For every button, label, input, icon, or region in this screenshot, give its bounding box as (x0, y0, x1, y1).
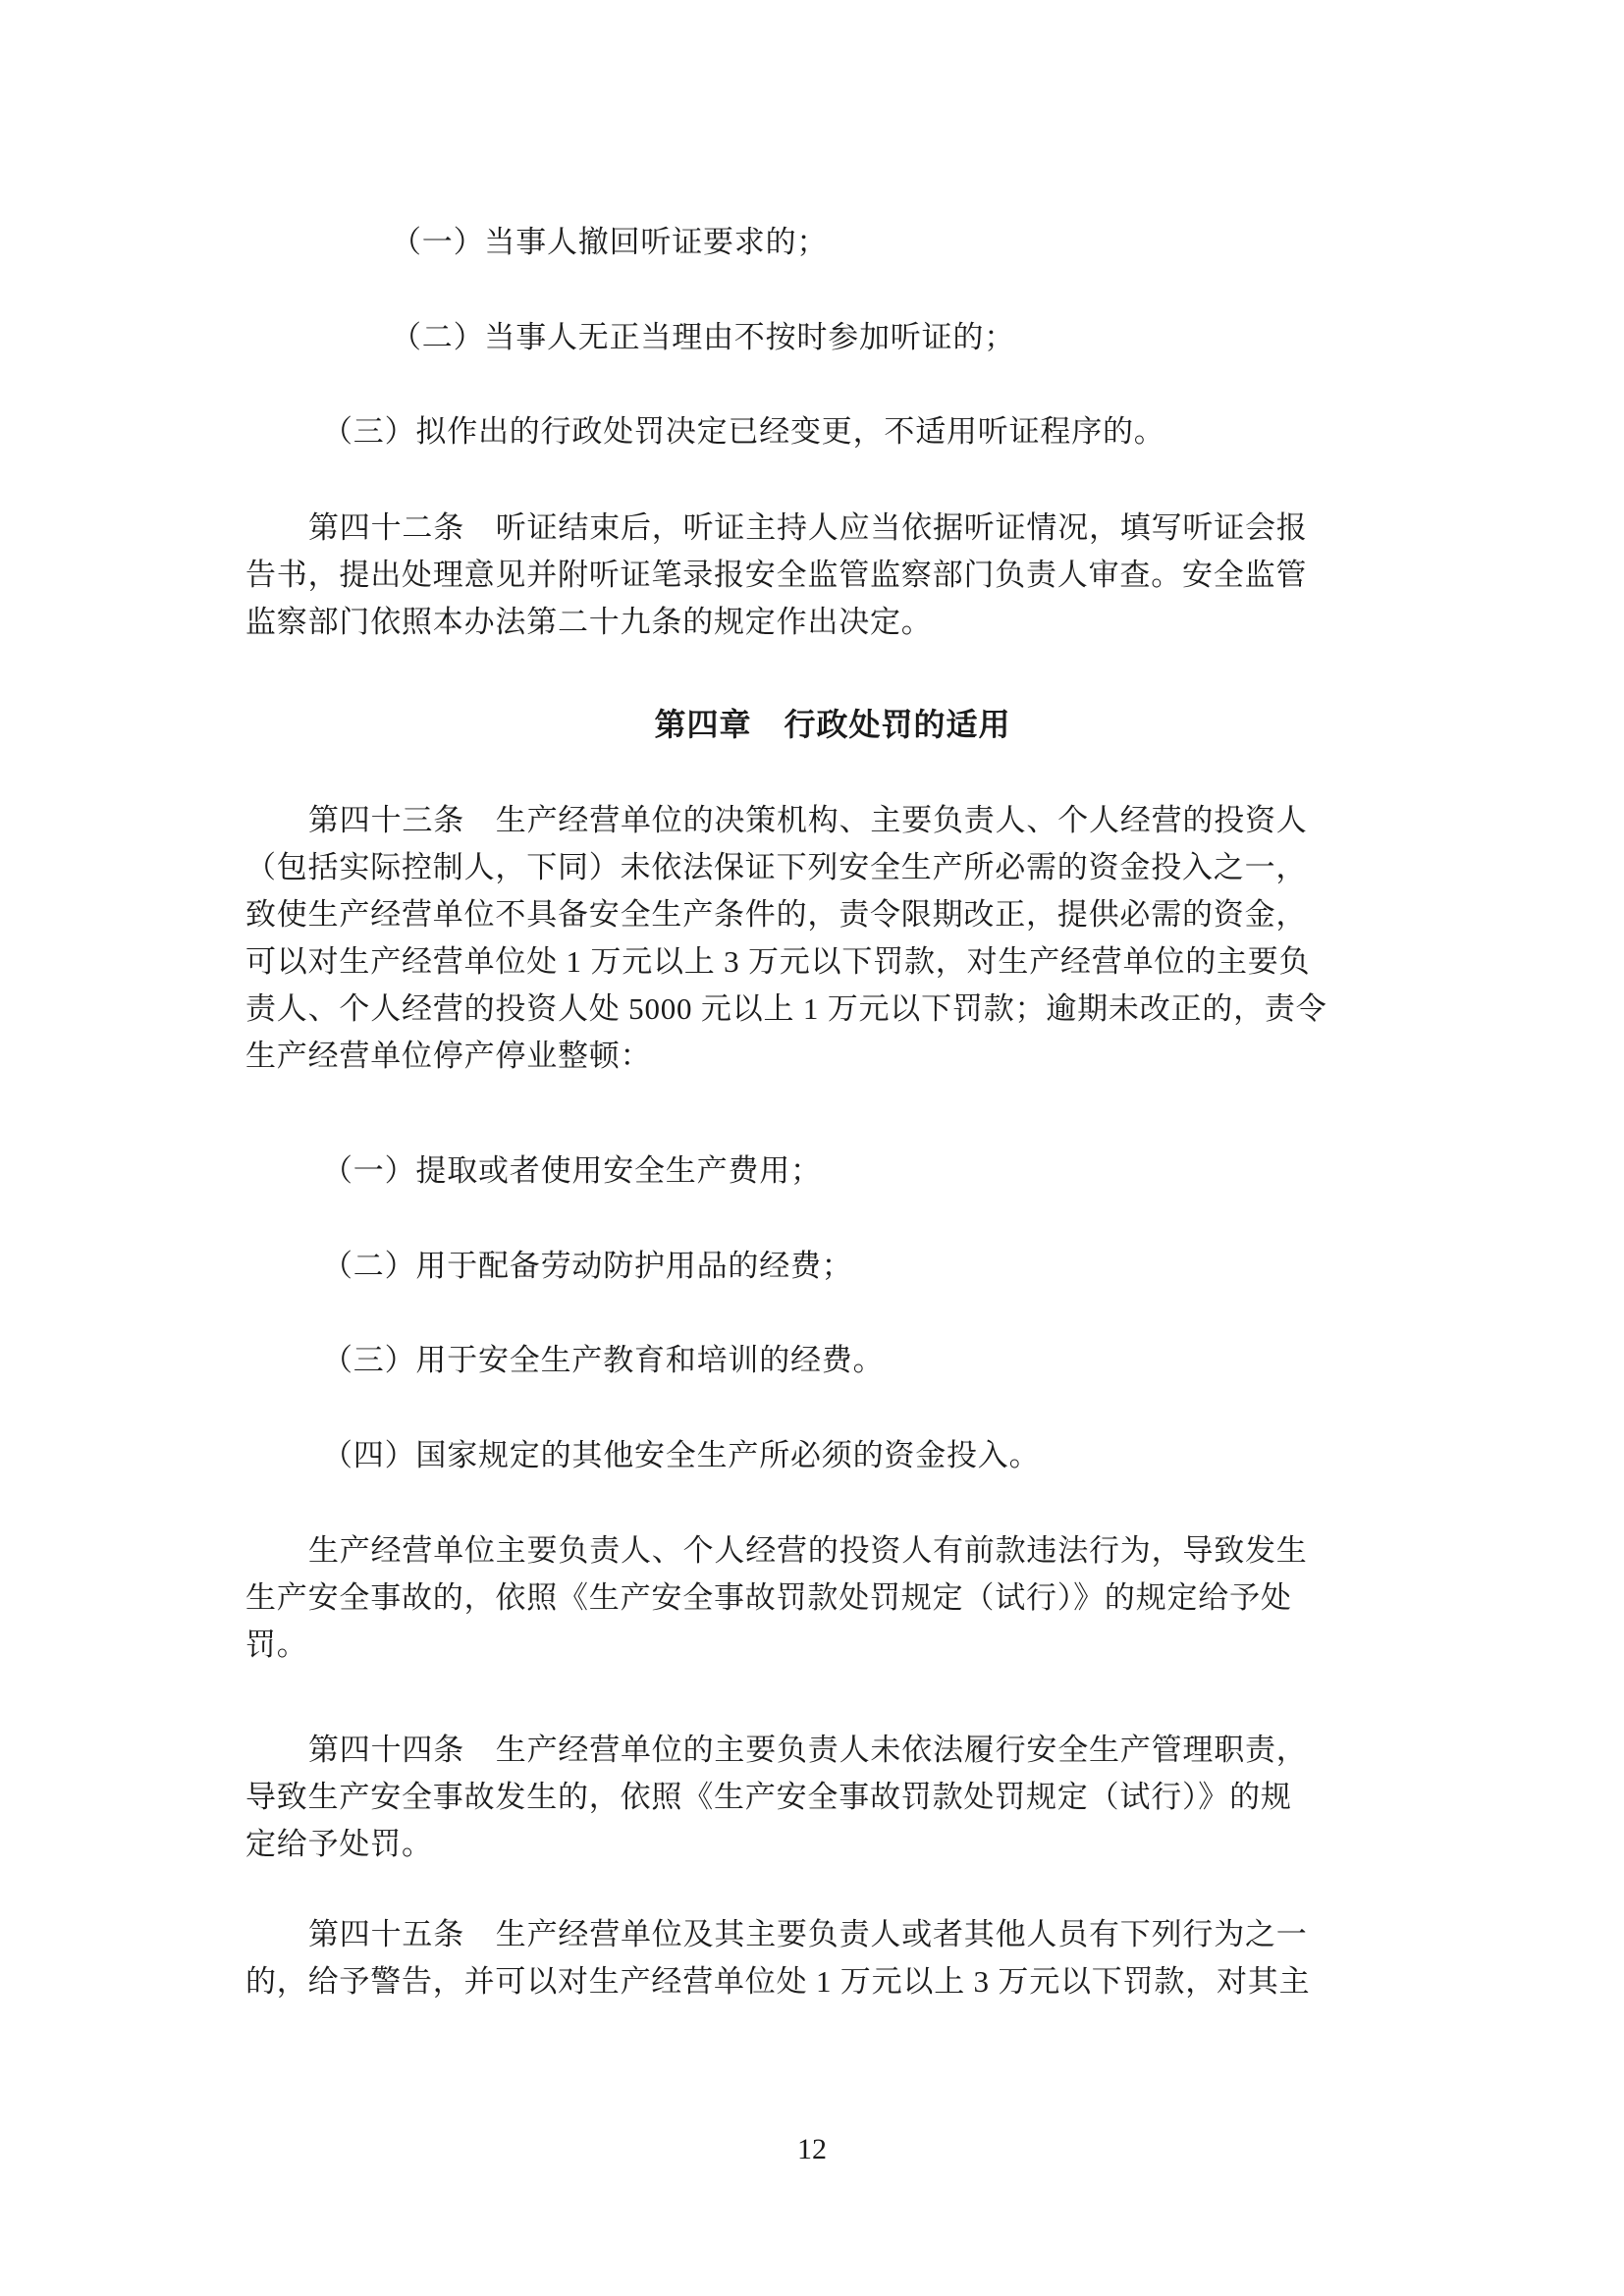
text-line: （四）国家规定的其他安全生产所必须的资金投入。 (245, 1432, 1379, 1479)
text-line: 责人、个人经营的投资人处 5000 元以上 1 万元以下罚款；逾期未改正的，责令 (245, 986, 1379, 1033)
paragraph-article-44: 第四十四条 生产经营单位的主要负责人未依法履行安全生产管理职责， 导致生产安全事… (245, 1727, 1379, 1868)
text-line: （三）拟作出的行政处罚决定已经变更，不适用听证程序的。 (245, 408, 1379, 455)
text-line: 生产安全事故的，依照《生产安全事故罚款处罚规定（试行）》的规定给予处 (245, 1575, 1379, 1622)
text-line: 监察部门依照本办法第二十九条的规定作出决定。 (245, 599, 1379, 646)
list2-item-4: （四）国家规定的其他安全生产所必须的资金投入。 (245, 1432, 1379, 1479)
text-line: 可以对生产经营单位处 1 万元以上 3 万元以下罚款，对生产经营单位的主要负 (245, 938, 1379, 986)
list1-item-3: （三）拟作出的行政处罚决定已经变更，不适用听证程序的。 (245, 408, 1379, 455)
text-line: 第四十五条 生产经营单位及其主要负责人或者其他人员有下列行为之一 (245, 1911, 1379, 1958)
text-line: 第四十三条 生产经营单位的决策机构、主要负责人、个人经营的投资人 (245, 797, 1379, 844)
text-line: （一）当事人撤回听证要求的； (245, 219, 1379, 266)
text-line: （一）提取或者使用安全生产费用； (245, 1148, 1379, 1195)
list2-item-3: （三）用于安全生产教育和培训的经费。 (245, 1337, 1379, 1384)
chapter-heading-text: 第四章 行政处罚的适用 (654, 707, 1010, 742)
text-line: 生产经营单位停产停业整顿： (245, 1033, 1379, 1080)
text-line: 告书，提出处理意见并附听证笔录报安全监管监察部门负责人审查。安全监管 (245, 552, 1379, 599)
text-line: 第四十四条 生产经营单位的主要负责人未依法履行安全生产管理职责， (245, 1727, 1379, 1774)
list1-item-2: （二）当事人无正当理由不按时参加听证的； (245, 314, 1379, 361)
text-line: （包括实际控制人，下同）未依法保证下列安全生产所必需的资金投入之一， (245, 844, 1379, 891)
paragraph-article-43: 第四十三条 生产经营单位的决策机构、主要负责人、个人经营的投资人 （包括实际控制… (245, 797, 1379, 1080)
text-line: 生产经营单位主要负责人、个人经营的投资人有前款违法行为，导致发生 (245, 1527, 1379, 1575)
text-line: 的，给予警告，并可以对生产经营单位处 1 万元以上 3 万元以下罚款，对其主 (245, 1958, 1379, 2005)
list2-item-2: （二）用于配备劳动防护用品的经费； (245, 1243, 1379, 1290)
text-line: （二）当事人无正当理由不按时参加听证的； (245, 314, 1379, 361)
text-line: 导致生产安全事故发生的，依照《生产安全事故罚款处罚规定（试行）》的规 (245, 1774, 1379, 1821)
list2-item-1: （一）提取或者使用安全生产费用； (245, 1148, 1379, 1195)
text-line: （三）用于安全生产教育和培训的经费。 (245, 1337, 1379, 1384)
list1-item-1: （一）当事人撤回听证要求的； (245, 219, 1379, 266)
chapter-4-heading: 第四章 行政处罚的适用 (245, 701, 1379, 748)
text-line: 第四十二条 听证结束后，听证主持人应当依据听证情况，填写听证会报 (245, 505, 1379, 552)
document-page: （一）当事人撤回听证要求的； （二）当事人无正当理由不按时参加听证的； （三）拟… (0, 0, 1624, 2296)
text-line: 定给予处罚。 (245, 1821, 1379, 1868)
paragraph-article-42: 第四十二条 听证结束后，听证主持人应当依据听证情况，填写听证会报 告书，提出处理… (245, 505, 1379, 646)
paragraph-article-45: 第四十五条 生产经营单位及其主要负责人或者其他人员有下列行为之一 的，给予警告，… (245, 1911, 1379, 2005)
text-line: 致使生产经营单位不具备安全生产条件的，责令限期改正，提供必需的资金， (245, 891, 1379, 938)
page-number: 12 (245, 2126, 1379, 2173)
text-line: （二）用于配备劳动防护用品的经费； (245, 1243, 1379, 1290)
text-line: 罚。 (245, 1622, 1379, 1669)
paragraph-article-43-tail: 生产经营单位主要负责人、个人经营的投资人有前款违法行为，导致发生 生产安全事故的… (245, 1527, 1379, 1669)
